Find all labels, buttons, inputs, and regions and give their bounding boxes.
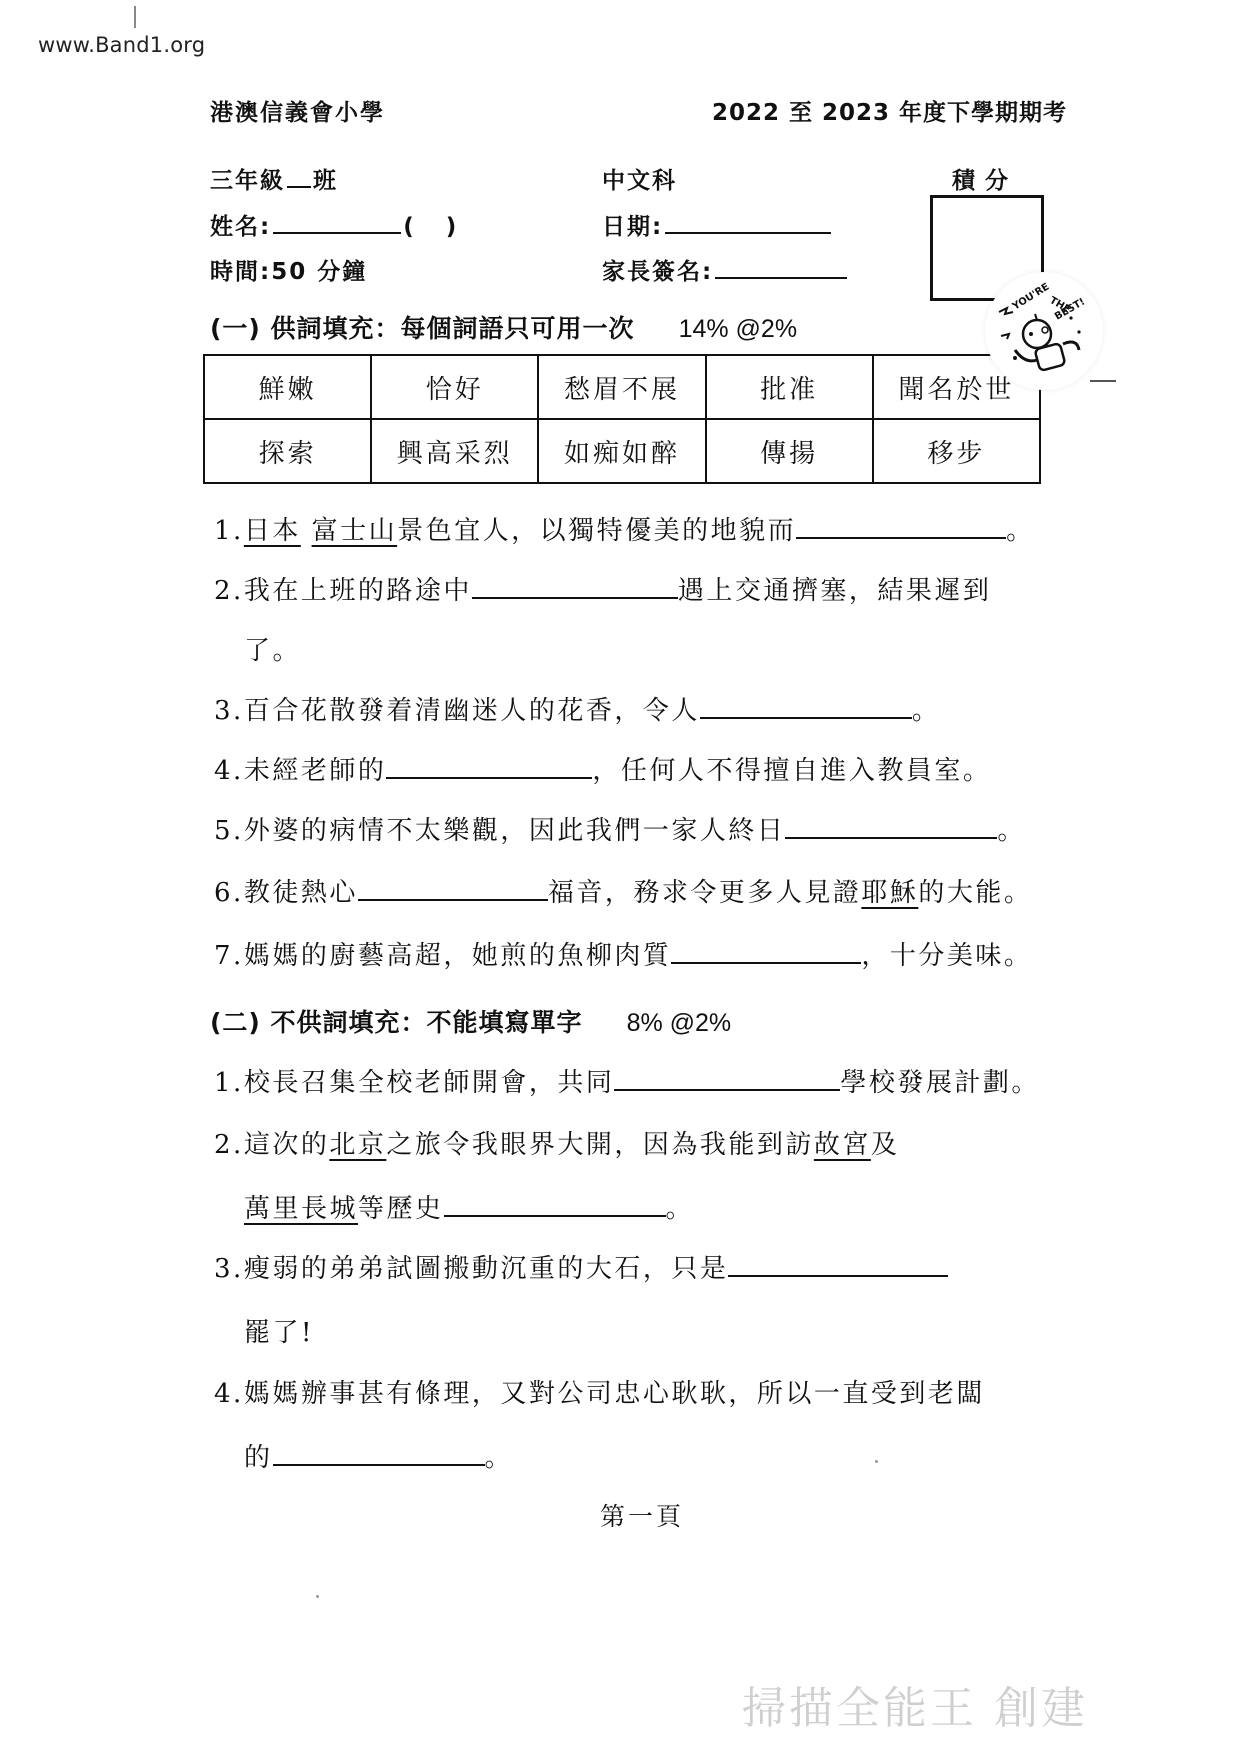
question-text-end: 。	[666, 1194, 695, 1224]
word-bank-table: 鮮嫩 恰好 愁眉不展 批准 聞名於世 探索 興高采烈 如痴如醉 傳揚 移步	[203, 354, 1041, 484]
proper-noun-jesus: 耶穌	[861, 878, 918, 908]
question-number: 3.	[214, 696, 244, 726]
word-bank-cell: 鮮嫩	[204, 355, 371, 419]
date-label: 日期:	[602, 214, 663, 240]
spacer	[301, 516, 312, 546]
word-bank-cell: 愁眉不展	[538, 355, 705, 419]
answer-blank[interactable]	[358, 877, 548, 901]
s2-question-3-cont: 罷了!	[244, 1312, 314, 1349]
youre-the-best-sticker: YOU'RE THE BEST!	[985, 272, 1103, 390]
answer-blank[interactable]	[700, 695, 912, 719]
question-text: 百合花散發着清幽迷人的花香，令人	[244, 696, 700, 726]
s2-question-4-cont: 的。	[244, 1437, 513, 1474]
question-number: 2.	[214, 1130, 244, 1160]
s1-question-5: 5.外婆的病情不太樂觀，因此我們一家人終日。	[214, 810, 1026, 847]
word-bank-cell: 如痴如醉	[538, 419, 705, 483]
school-name: 港澳信義會小學	[210, 94, 385, 127]
question-text: 瘦弱的弟弟試圖搬動沉重的大石，只是	[244, 1254, 729, 1284]
s1-question-3: 3.百合花散發着清幽迷人的花香，令人。	[214, 690, 940, 727]
s1-question-7: 7.媽媽的廚藝高超，她煎的魚柳肉質，十分美味。	[214, 935, 1032, 972]
question-text-end: 。	[485, 1443, 514, 1473]
sticker-edge-mark	[1090, 380, 1116, 382]
answer-blank[interactable]	[785, 815, 997, 839]
parent-sign-field: 家長簽名:	[602, 253, 849, 286]
s2-question-2: 2.這次的北京之旅令我眼界大開，因為我能到訪故宮及	[214, 1124, 899, 1161]
time-limit: 時間:50 分鐘	[210, 253, 367, 286]
question-text: 外婆的病情不太樂觀，因此我們一家人終日	[244, 816, 786, 846]
question-text-end: 學校發展計劃。	[840, 1068, 1040, 1098]
question-number: 7.	[214, 941, 244, 971]
answer-blank[interactable]	[671, 940, 861, 964]
answer-blank[interactable]	[796, 515, 1006, 539]
grade-class-field: 三年級班	[210, 162, 338, 195]
word-bank-cell: 恰好	[371, 355, 538, 419]
answer-blank[interactable]	[386, 755, 592, 779]
section2-title-text: (二) 不供詞填充：不能填寫單字	[210, 1008, 583, 1037]
name-field: 姓名:( )	[210, 208, 458, 241]
section1-marks: 14% @2%	[679, 315, 798, 343]
name-label: 姓名:	[210, 214, 271, 240]
class-blank[interactable]	[287, 185, 311, 188]
date-blank[interactable]	[665, 231, 831, 234]
question-text-end: 。	[997, 816, 1026, 846]
word-bank-cell: 傳揚	[706, 419, 873, 483]
question-text: 媽媽辦事甚有條理，又對公司忠心耿耿，所以一直受到老闆	[244, 1379, 985, 1409]
answer-blank[interactable]	[472, 575, 678, 599]
s2-question-4: 4.媽媽辦事甚有條理，又對公司忠心耿耿，所以一直受到老闆	[214, 1373, 985, 1410]
scan-speck	[875, 1460, 878, 1463]
question-text-end: 的大能。	[918, 878, 1032, 908]
section2-marks: 8% @2%	[627, 1009, 732, 1037]
subject-label: 中文科	[602, 162, 677, 195]
s1-question-2-cont: 了。	[244, 630, 301, 667]
score-label: 積分	[952, 162, 1018, 195]
question-text: 景色宜人，以獨特優美的地貌而	[397, 516, 796, 546]
s1-question-1: 1.日本 富士山景色宜人，以獨特優美的地貌而。	[214, 510, 1035, 547]
question-text-end: 遇上交通擠塞，結果遲到	[678, 576, 992, 606]
answer-blank[interactable]	[728, 1253, 948, 1277]
proper-noun-fuji: 富士山	[312, 516, 398, 546]
section1-title: (一) 供詞填充：每個詞語只可用一次14% @2%	[210, 309, 797, 345]
s2-question-3: 3.瘦弱的弟弟試圖搬動沉重的大石，只是	[214, 1248, 948, 1285]
scan-artifact-mark	[134, 6, 136, 28]
question-text: 校長召集全校老師開會，共同	[244, 1068, 615, 1098]
answer-blank[interactable]	[614, 1067, 840, 1091]
proper-noun-japan: 日本	[244, 516, 301, 546]
word-bank-cell: 移步	[873, 419, 1040, 483]
question-number: 1.	[214, 516, 244, 546]
question-text-end: 。	[1006, 516, 1035, 546]
scan-speck	[316, 1595, 319, 1598]
answer-blank[interactable]	[273, 1442, 485, 1466]
class-number-paren[interactable]: ( )	[403, 214, 458, 240]
proper-noun-forbidden-city: 故宮	[814, 1130, 871, 1160]
word-bank-row: 探索 興高采烈 如痴如醉 傳揚 移步	[204, 419, 1040, 483]
site-watermark: www.Band1.org	[38, 33, 205, 57]
section1-title-text: (一) 供詞填充：每個詞語只可用一次	[210, 314, 635, 343]
question-text: 這次的	[244, 1130, 330, 1160]
question-number: 6.	[214, 878, 244, 908]
class-label: 班	[313, 168, 338, 194]
question-text: 我在上班的路途中	[244, 576, 472, 606]
parent-sign-blank[interactable]	[715, 276, 847, 279]
s2-question-2-cont: 萬里長城等歷史。	[244, 1188, 694, 1225]
question-text: 等歷史	[358, 1194, 444, 1224]
question-number: 1.	[214, 1068, 244, 1098]
question-text: 媽媽的廚藝高超，她煎的魚柳肉質	[244, 941, 672, 971]
date-field: 日期:	[602, 208, 833, 241]
question-number: 5.	[214, 816, 244, 846]
scanner-watermark: 掃描全能王 創建	[742, 1672, 1088, 1736]
answer-blank[interactable]	[444, 1193, 666, 1217]
exam-term: 2022 至 2023 年度下學期期考	[712, 94, 1067, 127]
word-bank-row: 鮮嫩 恰好 愁眉不展 批准 聞名於世	[204, 355, 1040, 419]
word-bank-cell: 興高采烈	[371, 419, 538, 483]
word-bank-cell: 批准	[706, 355, 873, 419]
question-text-end: 。	[912, 696, 941, 726]
s2-question-1: 1.校長召集全校老師開會，共同學校發展計劃。	[214, 1062, 1040, 1099]
question-text: 教徒熱心	[244, 878, 358, 908]
svg-text:YOU'RE: YOU'RE	[1010, 281, 1052, 313]
question-text: 及	[871, 1130, 900, 1160]
question-text: 未經老師的	[244, 756, 387, 786]
question-number: 2.	[214, 576, 244, 606]
question-number: 4.	[214, 1379, 244, 1409]
question-text-end: ，任何人不得擅自進入教員室。	[592, 756, 991, 786]
s1-question-2: 2.我在上班的路途中遇上交通擠塞，結果遲到	[214, 570, 991, 607]
name-blank[interactable]	[273, 231, 401, 234]
question-text: 之旅令我眼界大開，因為我能到訪	[386, 1130, 814, 1160]
word-bank-cell: 探索	[204, 419, 371, 483]
s1-question-6: 6.教徒熱心福音，務求令更多人見證耶穌的大能。	[214, 872, 1032, 909]
section2-title: (二) 不供詞填充：不能填寫單字8% @2%	[210, 1003, 731, 1039]
s1-question-4: 4.未經老師的，任何人不得擅自進入教員室。	[214, 750, 991, 787]
question-text-end: ，十分美味。	[861, 941, 1032, 971]
proper-noun-great-wall: 萬里長城	[244, 1194, 358, 1224]
robot-icon: YOU'RE THE BEST!	[985, 272, 1103, 390]
question-number: 3.	[214, 1254, 244, 1284]
question-number: 4.	[214, 756, 244, 786]
parent-sign-label: 家長簽名:	[602, 259, 713, 285]
page-number: 第一頁	[600, 1497, 684, 1533]
grade-label: 三年級	[210, 168, 285, 194]
proper-noun-beijing: 北京	[329, 1130, 386, 1160]
question-text-end: 福音，務求令更多人見證	[548, 878, 862, 908]
question-text: 的	[244, 1443, 273, 1473]
